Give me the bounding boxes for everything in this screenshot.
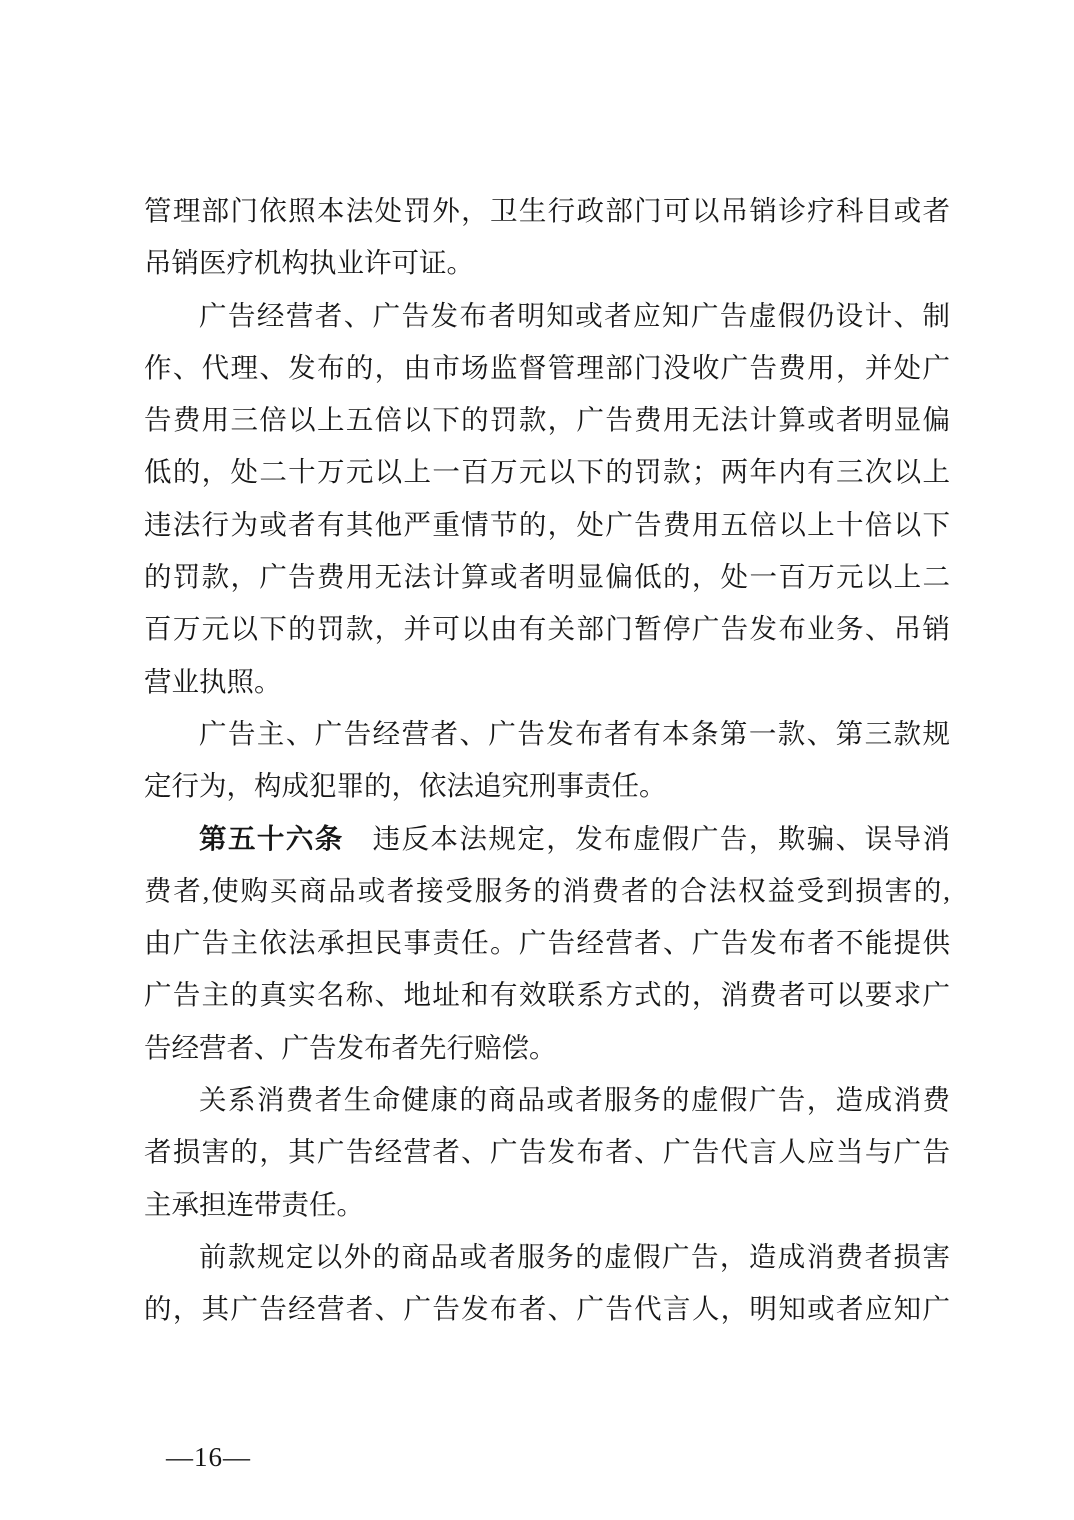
text-line: 定行为，构成犯罪的，依法追究刑事责任。 — [144, 760, 950, 812]
document-body: 管理部门依照本法处罚外，卫生行政部门可以吊销诊疗科目或者吊销医疗机构执业许可证。… — [144, 185, 950, 1336]
text-line: 低的，处二十万元以上一百万元以下的罚款；两年内有三次以上 — [144, 446, 950, 498]
text-line: 吊销医疗机构执业许可证。 — [144, 237, 950, 289]
document-page: 管理部门依照本法处罚外，卫生行政部门可以吊销诊疗科目或者吊销医疗机构执业许可证。… — [0, 0, 1074, 1520]
text-line: 告费用三倍以上五倍以下的罚款，广告费用无法计算或者明显偏 — [144, 394, 950, 446]
text-line: 百万元以下的罚款，并可以由有关部门暂停广告发布业务、吊销 — [144, 603, 950, 655]
text-line: 主承担连带责任。 — [144, 1179, 950, 1231]
text-line: 广告主、广告经营者、广告发布者有本条第一款、第三款规 — [144, 708, 950, 760]
text-line: 的罚款，广告费用无法计算或者明显偏低的，处一百万元以上二 — [144, 551, 950, 603]
text-line: 者损害的，其广告经营者、广告发布者、广告代言人应当与广告 — [144, 1126, 950, 1178]
text-line: 费者,使购买商品或者接受服务的消费者的合法权益受到损害的, — [144, 865, 950, 917]
article-number-heading: 第五十六条 — [199, 823, 344, 854]
text-line: 由广告主依法承担民事责任。广告经营者、广告发布者不能提供 — [144, 917, 950, 969]
page-number: —16— — [166, 1442, 251, 1473]
text-line: 告经营者、广告发布者先行赔偿。 — [144, 1022, 950, 1074]
text-segment: 违反本法规定，发布虚假广告，欺骗、误导消 — [344, 823, 950, 854]
text-line: 管理部门依照本法处罚外，卫生行政部门可以吊销诊疗科目或者 — [144, 185, 950, 237]
text-line: 前款规定以外的商品或者服务的虚假广告，造成消费者损害 — [144, 1231, 950, 1283]
text-line: 关系消费者生命健康的商品或者服务的虚假广告，造成消费 — [144, 1074, 950, 1126]
text-line: 营业执照。 — [144, 656, 950, 708]
text-line: 作、代理、发布的，由市场监督管理部门没收广告费用，并处广 — [144, 342, 950, 394]
text-line: 第五十六条 违反本法规定，发布虚假广告，欺骗、误导消 — [144, 813, 950, 865]
text-line: 的，其广告经营者、广告发布者、广告代言人，明知或者应知广 — [144, 1283, 950, 1335]
text-line: 广告主的真实名称、地址和有效联系方式的，消费者可以要求广 — [144, 969, 950, 1021]
text-line: 违法行为或者有其他严重情节的，处广告费用五倍以上十倍以下 — [144, 499, 950, 551]
text-line: 广告经营者、广告发布者明知或者应知广告虚假仍设计、制 — [144, 290, 950, 342]
